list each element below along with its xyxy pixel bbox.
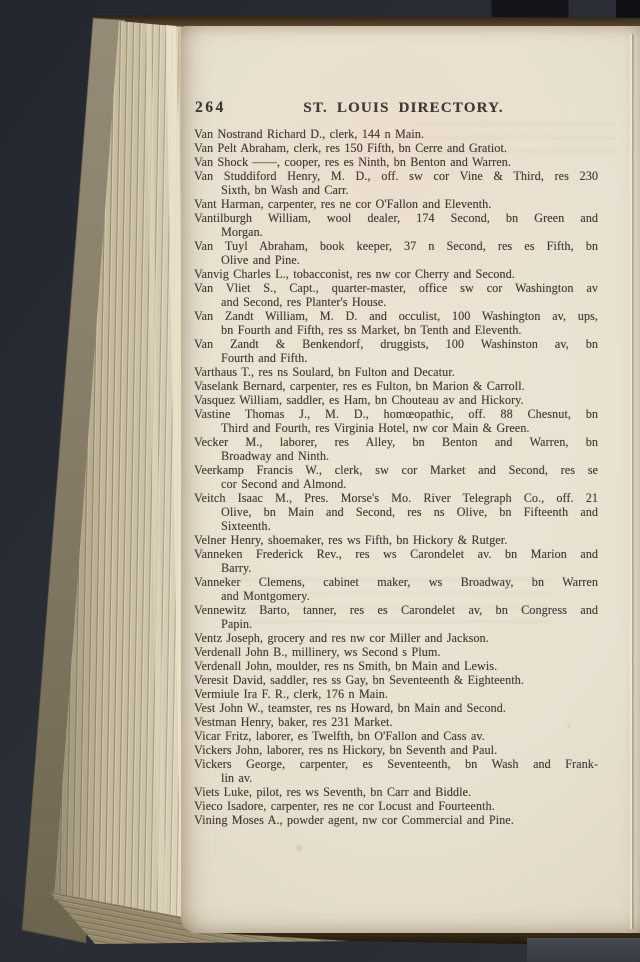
directory-entry-line: cor Second and Almond.: [194, 477, 598, 491]
directory-entry-line: Papin.: [194, 617, 598, 631]
directory-entry-line: Van Studdiford Henry, M. D., off. sw cor…: [194, 169, 598, 183]
directory-entry-line: Third and Fourth, res Virginia Hotel, nw…: [194, 421, 598, 435]
directory-entry-line: Van Pelt Abraham, clerk, res 150 Fifth, …: [194, 141, 598, 155]
directory-entries: Van Nostrand Richard D., clerk, 144 n Ma…: [194, 127, 598, 827]
directory-entry-line: Vestman Henry, baker, res 231 Market.: [194, 715, 598, 729]
directory-entry-line: Van Nostrand Richard D., clerk, 144 n Ma…: [194, 127, 598, 141]
directory-entry-line: Sixth, bn Wash and Carr.: [194, 183, 598, 197]
directory-entry-line: Vicar Fritz, laborer, es Twelfth, bn O'F…: [194, 729, 598, 743]
directory-entry-line: Barry.: [194, 561, 598, 575]
directory-entry-line: Vecker M., laborer, res Alley, bn Benton…: [194, 435, 598, 449]
directory-entry-line: Van Tuyl Abraham, book keeper, 37 n Seco…: [194, 239, 598, 253]
table-surface-corner: [527, 938, 640, 962]
directory-entry-line: Van Zandt & Benkendorf, druggists, 100 W…: [194, 337, 598, 351]
directory-entry-line: Veitch Isaac M., Pres. Morse's Mo. River…: [194, 491, 598, 505]
directory-entry-line: Verdenall John B., millinery, ws Second …: [194, 645, 598, 659]
directory-entry-line: Vasquez William, saddler, es Ham, bn Cho…: [194, 393, 598, 407]
directory-entry-line: Vastine Thomas J., M. D., homœopathic, o…: [194, 407, 598, 421]
directory-entry-line: Broadway and Ninth.: [194, 449, 598, 463]
directory-entry-line: Veresit David, saddler, res ss Gay, bn S…: [194, 673, 598, 687]
directory-entry-line: Vickers John, laborer, res ns Hickory, b…: [194, 743, 598, 757]
directory-entry-line: Vantilburgh William, wool dealer, 174 Se…: [194, 211, 598, 225]
directory-entry-line: Vaselank Bernard, carpenter, res es Fult…: [194, 379, 598, 393]
directory-entry-line: Vest John W., teamster, res ns Howard, b…: [194, 701, 598, 715]
directory-entry-line: Verdenall John, moulder, res ns Smith, b…: [194, 659, 598, 673]
directory-entry-line: Veerkamp Francis W., clerk, sw cor Marke…: [194, 463, 598, 477]
directory-entry-line: Vermiule Ira F. R., clerk, 176 n Main.: [194, 687, 598, 701]
directory-entry-line: and Second, res Planter's House.: [194, 295, 598, 309]
directory-page: 264 ST. LOUIS DIRECTORY. Van Nostrand Ri…: [181, 26, 640, 933]
directory-entry-line: bn Fourth and Fifth, res ss Market, bn T…: [194, 323, 598, 337]
directory-entry-line: lin av.: [194, 771, 598, 785]
directory-entry-line: Velner Henry, shoemaker, res ws Fifth, b…: [194, 533, 598, 547]
directory-entry-line: Vennewitz Barto, tanner, res es Carondel…: [194, 603, 598, 617]
directory-entry-line: Ventz Joseph, grocery and res nw cor Mil…: [194, 631, 598, 645]
directory-entry-line: Van Vliet S., Capt., quarter-master, off…: [194, 281, 598, 295]
directory-entry-line: Vanneken Frederick Rev., res ws Carondel…: [194, 547, 598, 561]
directory-entry-line: Viets Luke, pilot, res ws Seventh, bn Ca…: [194, 785, 598, 799]
directory-entry-line: Fourth and Fifth.: [194, 351, 598, 365]
directory-entry-line: Olive, bn Main and Second, res ns Olive,…: [194, 505, 598, 519]
directory-entry-line: Morgan.: [194, 225, 598, 239]
directory-entry-line: Van Shock ——, cooper, res es Ninth, bn B…: [194, 155, 598, 169]
photo-of-book-page: 264 ST. LOUIS DIRECTORY. Van Nostrand Ri…: [0, 0, 640, 962]
page-title: ST. LOUIS DIRECTORY.: [194, 100, 613, 117]
page-header: 264 ST. LOUIS DIRECTORY.: [194, 99, 597, 119]
directory-entry-line: Vieco Isadore, carpenter, res ne cor Loc…: [194, 799, 598, 813]
directory-entry-line: Vickers George, carpenter, es Seventeent…: [194, 757, 598, 771]
directory-entry-line: and Montgomery.: [194, 589, 598, 603]
directory-entry-line: Sixteenth.: [194, 519, 598, 533]
page-fore-edge-highlight: [630, 34, 632, 929]
directory-entry-line: Olive and Pine.: [194, 253, 598, 267]
directory-entry-line: Vanneker Clemens, cabinet maker, ws Broa…: [194, 575, 598, 589]
directory-entry-line: Vanvig Charles L., tobacconist, res nw c…: [194, 267, 598, 281]
directory-entry-line: Van Zandt William, M. D. and occulist, 1…: [194, 309, 598, 323]
directory-entry-line: Vining Moses A., powder agent, nw cor Co…: [194, 813, 598, 827]
directory-entry-line: Vant Harman, carpenter, res ne cor O'Fal…: [194, 197, 598, 211]
directory-entry-line: Varthaus T., res ns Soulard, bn Fulton a…: [194, 365, 598, 379]
